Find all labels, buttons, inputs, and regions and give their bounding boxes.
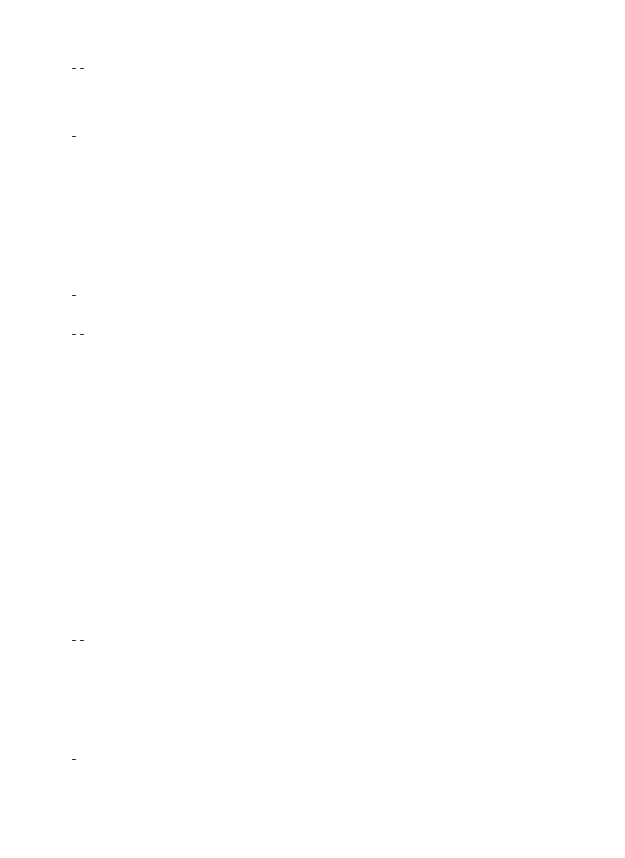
- answer-key-page: [0, 0, 625, 858]
- formula-line: [70, 745, 570, 773]
- fraction: [80, 68, 84, 69]
- fraction: [72, 295, 76, 296]
- fraction: [72, 136, 76, 137]
- fraction: [72, 640, 76, 641]
- fraction: [80, 334, 84, 335]
- formula-line: [70, 56, 570, 80]
- fraction: [72, 759, 76, 760]
- formula-line: [70, 320, 570, 348]
- fraction: [72, 334, 76, 335]
- fraction: [72, 68, 76, 69]
- formula-line: [70, 626, 570, 654]
- fraction: [80, 640, 84, 641]
- formula-line: [70, 123, 570, 149]
- formula-line: [70, 281, 570, 309]
